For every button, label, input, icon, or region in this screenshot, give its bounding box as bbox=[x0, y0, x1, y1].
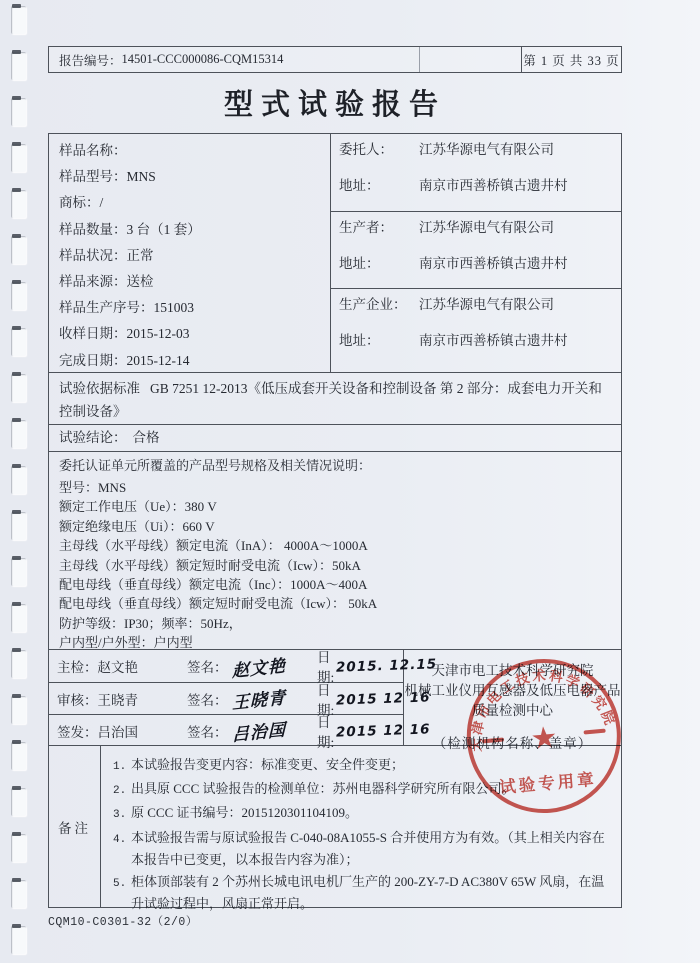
date-label: 日期: bbox=[317, 711, 334, 751]
sample-field: 样品名称： bbox=[59, 138, 324, 164]
sig-name: 赵文艳 bbox=[98, 656, 139, 676]
binding-hole bbox=[11, 144, 26, 172]
binding-hole bbox=[11, 880, 26, 908]
conclusion-value: 合格 bbox=[133, 425, 160, 451]
report-number: 报告编号： 14501-CCC000086-CQM15314 bbox=[49, 47, 419, 72]
binding-hole bbox=[11, 512, 26, 540]
remark-item: 5.柜体顶部装有 2 个苏州长城电讯电机厂生产的 200-ZY-7-D AC38… bbox=[113, 871, 611, 915]
binding-hole bbox=[11, 650, 26, 678]
binding-hole bbox=[11, 926, 26, 954]
handwritten-date: 2015 12 16 bbox=[336, 689, 431, 708]
binding-hole bbox=[11, 558, 26, 586]
sig-role: 签发： bbox=[57, 721, 98, 741]
handwritten-signature: 王晓青 bbox=[232, 683, 286, 714]
sample-field: 商标：/ bbox=[59, 190, 324, 216]
binding-hole bbox=[11, 328, 26, 356]
party-addr-label: 地址： bbox=[339, 254, 419, 274]
report-header-bar: 报告编号： 14501-CCC000086-CQM15314 第 1 页 共 3… bbox=[48, 46, 622, 73]
party-name: 江苏华源电气有限公司 bbox=[419, 218, 554, 238]
sample-field: 样品生产序号：151003 bbox=[59, 295, 324, 321]
binding-hole bbox=[11, 6, 26, 34]
party-client: 委托人：江苏华源电气有限公司 地址：南京市西善桥镇古遗井村 bbox=[331, 134, 621, 211]
party-addr-label: 地址： bbox=[339, 331, 419, 351]
signature-row-chief: 主检：赵文艳 签名：赵文艳 日期:2015. 12.15 bbox=[49, 650, 403, 682]
conclusion-row: 试验结论： 合格 bbox=[49, 425, 621, 452]
sig-name: 王晓青 bbox=[98, 689, 139, 709]
sample-field: 样品型号：MNS bbox=[59, 164, 324, 190]
sign-label: 签名： bbox=[187, 721, 228, 741]
test-standard-row: 试验依据标准GB 7251 12-2013《低压成套开关设备和控制设备 第 2 … bbox=[49, 373, 621, 425]
spec-line: 额定工作电压（Ue）：380 V bbox=[59, 497, 611, 516]
binding-hole bbox=[11, 282, 26, 310]
sig-role: 审核： bbox=[57, 689, 98, 709]
sample-field: 样品来源：送检 bbox=[59, 269, 324, 295]
sample-field: 样品数量：3 台（1 套） bbox=[59, 217, 324, 243]
scanned-test-report-page: 报告编号： 14501-CCC000086-CQM15314 第 1 页 共 3… bbox=[0, 0, 700, 963]
party-addr: 南京市西善桥镇古遗井村 bbox=[419, 254, 568, 274]
spec-line: 主母线（水平母线）额定短时耐受电流（Icw）：50kA bbox=[59, 556, 611, 575]
binding-hole bbox=[11, 420, 26, 448]
page-title: 型式试验报告 bbox=[48, 82, 622, 123]
parties-cell: 委托人：江苏华源电气有限公司 地址：南京市西善桥镇古遗井村 生产者：江苏华源电气… bbox=[331, 134, 621, 372]
signature-row-approver: 签发：吕治国 签名：吕治国 日期:2015 12 16 bbox=[49, 714, 403, 746]
spec-line: 防护等级：IP30；频率：50Hz， bbox=[59, 614, 611, 633]
signature-row-reviewer: 审核：王晓青 签名：王晓青 日期:2015 12 16 bbox=[49, 682, 403, 714]
standard-label: 试验依据标准 bbox=[59, 381, 140, 396]
spec-line: 主母线（水平母线）额定电流（InA）： 4000A～1000A bbox=[59, 536, 611, 555]
spec-line: 额定绝缘电压（Ui）：660 V bbox=[59, 517, 611, 536]
spec-line: 配电母线（垂直母线）额定电流（Inc）：1000A～400A bbox=[59, 575, 611, 594]
binding-hole bbox=[11, 374, 26, 402]
sign-label: 签名： bbox=[187, 689, 228, 709]
binding-holes-column bbox=[0, 0, 40, 963]
sig-role: 主检： bbox=[57, 656, 98, 676]
spec-header: 委托认证单元所覆盖的产品型号规格及相关情况说明： bbox=[59, 455, 611, 476]
party-addr: 南京市西善桥镇古遗井村 bbox=[419, 176, 568, 196]
remarks-label: 备注 bbox=[49, 746, 101, 907]
binding-hole bbox=[11, 604, 26, 632]
binding-hole bbox=[11, 834, 26, 862]
sample-and-parties-section: 样品名称： 样品型号：MNS 商标：/ 样品数量：3 台（1 套） 样品状况：正… bbox=[49, 134, 621, 373]
binding-hole bbox=[11, 742, 26, 770]
party-producer: 生产者：江苏华源电气有限公司 地址：南京市西善桥镇古遗井村 bbox=[331, 211, 621, 289]
spec-line: 型号：MNS bbox=[59, 478, 611, 497]
sign-label: 签名： bbox=[187, 656, 228, 676]
sample-field: 样品状况：正常 bbox=[59, 243, 324, 269]
binding-hole bbox=[11, 466, 26, 494]
header-spacer-cell bbox=[419, 47, 521, 72]
remarks-content: 1.本试验报告变更内容：标准变更、安全件变更； 2.出具原 CCC 试验报告的检… bbox=[101, 746, 621, 907]
report-number-value: 14501-CCC000086-CQM15314 bbox=[122, 52, 284, 67]
remark-item: 1.本试验报告变更内容：标准变更、安全件变更； bbox=[113, 754, 611, 778]
binding-hole bbox=[11, 236, 26, 264]
party-manufacturer: 生产企业：江苏华源电气有限公司 地址：南京市西善桥镇古遗井村 bbox=[331, 288, 621, 372]
party-role-label: 生产企业： bbox=[339, 295, 419, 315]
party-name: 江苏华源电气有限公司 bbox=[419, 140, 554, 160]
remarks-section: 备注 1.本试验报告变更内容：标准变更、安全件变更； 2.出具原 CCC 试验报… bbox=[49, 746, 621, 907]
conclusion-label: 试验结论： bbox=[59, 425, 127, 451]
sample-field: 收样日期：2015-12-03 bbox=[59, 321, 324, 347]
handwritten-signature: 吕治国 bbox=[232, 715, 286, 746]
party-role-label: 生产者： bbox=[339, 218, 419, 238]
report-table: 样品名称： 样品型号：MNS 商标：/ 样品数量：3 台（1 套） 样品状况：正… bbox=[48, 133, 622, 908]
sample-field: 完成日期：2015-12-14 bbox=[59, 348, 324, 374]
party-addr-label: 地址： bbox=[339, 176, 419, 196]
institute-name-line3: 质量检测中心 bbox=[404, 701, 621, 721]
page-count: 第 1 页 共 33 页 bbox=[521, 47, 621, 72]
sample-info-cell: 样品名称： 样品型号：MNS 商标：/ 样品数量：3 台（1 套） 样品状况：正… bbox=[49, 134, 331, 372]
binding-hole bbox=[11, 98, 26, 126]
report-number-label: 报告编号： bbox=[59, 51, 122, 69]
handwritten-signature: 赵文艳 bbox=[232, 651, 286, 682]
party-name: 江苏华源电气有限公司 bbox=[419, 295, 554, 315]
binding-hole bbox=[11, 52, 26, 80]
signature-rows: 主检：赵文艳 签名：赵文艳 日期:2015. 12.15 审核：王晓青 签名：王… bbox=[49, 650, 404, 745]
remark-item: 2.出具原 CCC 试验报告的检测单位：苏州电器科学研究所有限公司。 bbox=[113, 778, 611, 802]
party-addr: 南京市西善桥镇古遗井村 bbox=[419, 331, 568, 351]
remark-item: 3.原 CCC 证书编号：2015120301104109。 bbox=[113, 802, 611, 826]
signatures-section: 主检：赵文艳 签名：赵文艳 日期:2015. 12.15 审核：王晓青 签名：王… bbox=[49, 650, 621, 746]
institute-name-line2: 机械工业仪用互感器及低压电器产品 bbox=[404, 681, 621, 701]
party-role-label: 委托人： bbox=[339, 140, 419, 160]
binding-hole bbox=[11, 696, 26, 724]
sig-name: 吕治国 bbox=[98, 721, 139, 741]
standard-text: GB 7251 12-2013《低压成套开关设备和控制设备 第 2 部分：成套电… bbox=[59, 381, 602, 419]
remark-item: 4.本试验报告需与原试验报告 C-040-08A1055-S 合并使用方为有效。… bbox=[113, 827, 611, 871]
form-code-footer: CQM10-C0301-32（2/0） bbox=[48, 913, 198, 929]
spec-line: 配电母线（垂直母线）额定短时耐受电流（Icw）： 50kA bbox=[59, 594, 611, 613]
binding-hole bbox=[11, 190, 26, 218]
certified-unit-spec-row: 委托认证单元所覆盖的产品型号规格及相关情况说明： 型号：MNS 额定工作电压（U… bbox=[49, 452, 621, 650]
handwritten-date: 2015 12 16 bbox=[336, 721, 431, 740]
binding-hole bbox=[11, 788, 26, 816]
